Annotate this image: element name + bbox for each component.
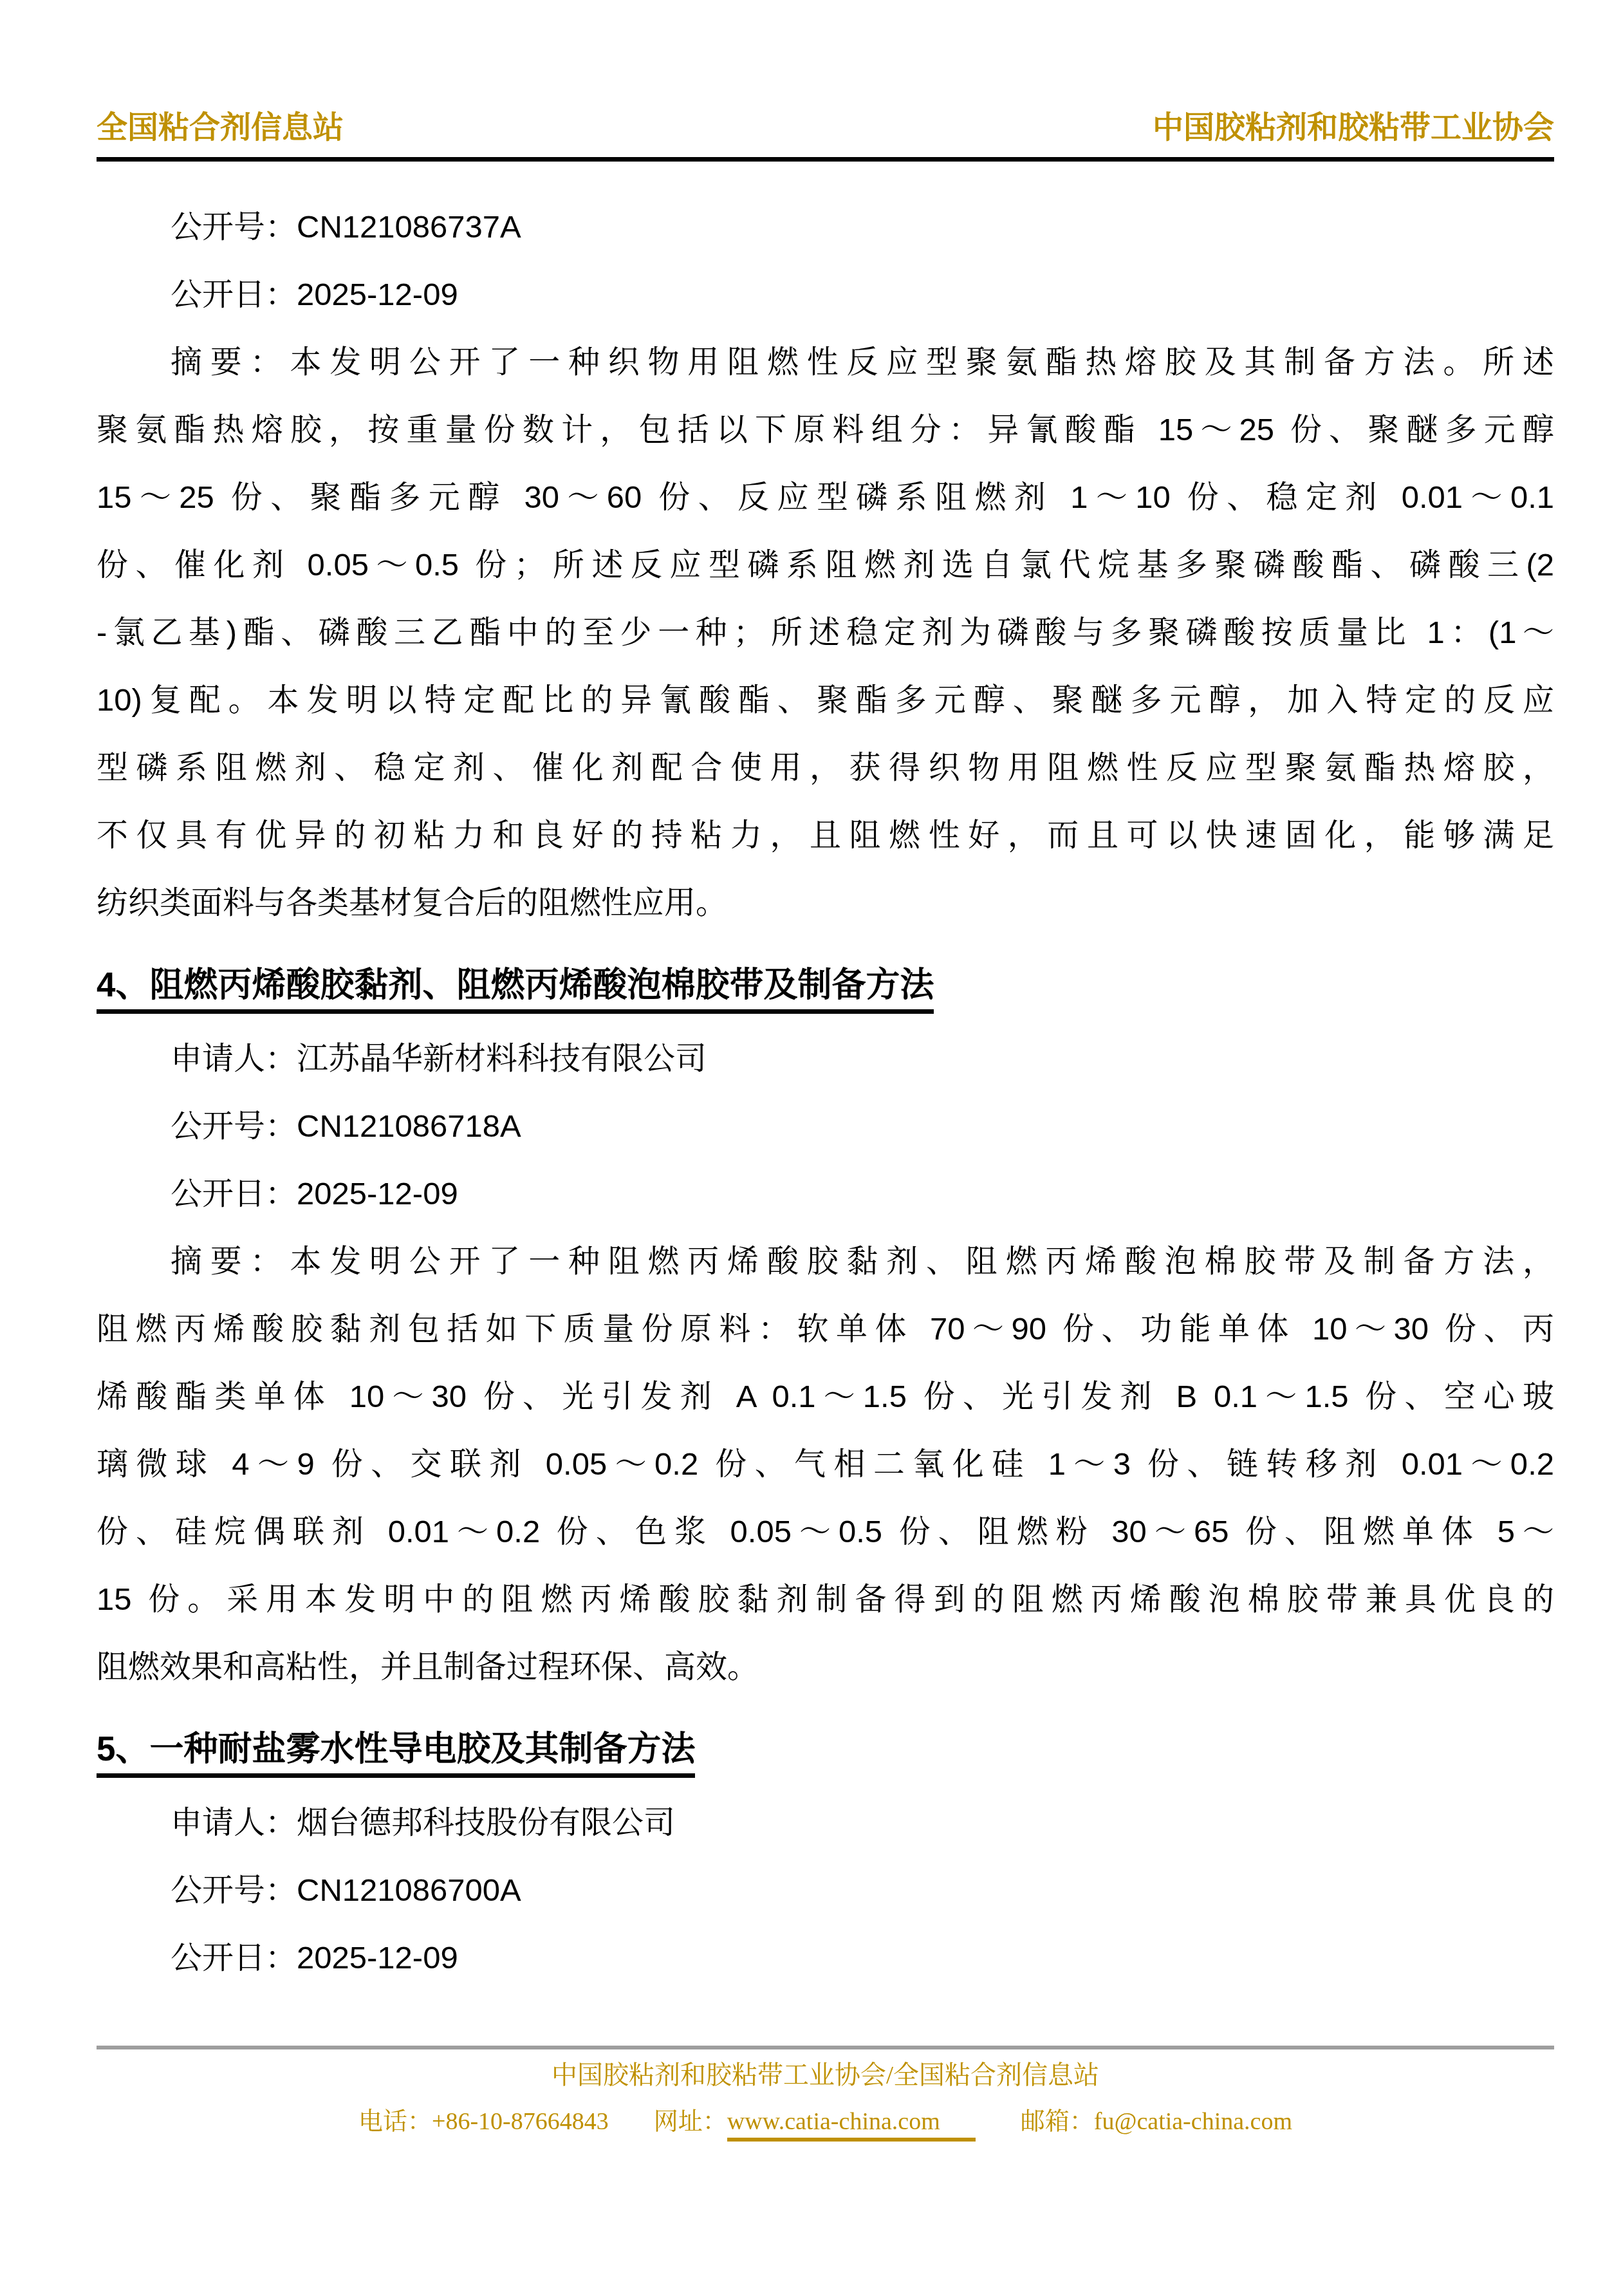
pub-number-line: 公开号：CN121086700A	[97, 1857, 1554, 1925]
header-rule	[97, 157, 1554, 162]
abstract-line: 份、硅烷偶联剂 0.01～0.2 份、色浆 0.05～0.5 份、阻燃粉 30～…	[97, 1498, 1554, 1566]
abstract-line: 15 份。采用本发明中的阻燃丙烯酸胶黏剂制备得到的阻燃丙烯酸泡棉胶带兼具优良的	[97, 1566, 1554, 1634]
web-label: 网址：	[654, 2108, 727, 2135]
page-header: 全国粘合剂信息站 中国胶粘剂和胶粘带工业协会	[97, 0, 1554, 147]
email-value: fu@catia-china.com	[1094, 2108, 1292, 2135]
document-page: 全国粘合剂信息站 中国胶粘剂和胶粘带工业协会 公开号：CN121086737A …	[0, 0, 1623, 2296]
abstract-line: 阻燃丙烯酸胶黏剂包括如下质量份原料：软单体 70～90 份、功能单体 10～30…	[97, 1296, 1554, 1363]
abstract-line: 份、催化剂 0.05～0.5 份；所述反应型磷系阻燃剂选自氯代烷基多聚磷酸酯、磷…	[97, 532, 1554, 599]
abstract-line: 15～25 份、聚酯多元醇 30～60 份、反应型磷系阻燃剂 1～10 份、稳定…	[97, 464, 1554, 532]
entry-4-title: 4、阻燃丙烯酸胶黏剂、阻燃丙烯酸泡棉胶带及制备方法	[97, 966, 934, 1014]
pub-date-line: 公开日：2025-12-09	[97, 261, 1554, 329]
footer-org-line: 中国胶粘剂和胶粘带工业协会/全国粘合剂信息站	[97, 2058, 1554, 2092]
abstract-line: 烯酸酯类单体 10～30 份、光引发剂 A 0.1～1.5 份、光引发剂 B 0…	[97, 1363, 1554, 1431]
entry-5-heading: 5、一种耐盐雾水性导电胶及其制备方法	[97, 1715, 1554, 1783]
footer-email: 邮箱：fu@catia-china.com	[1021, 2108, 1292, 2135]
entry-5-title: 5、一种耐盐雾水性导电胶及其制备方法	[97, 1730, 695, 1778]
document-body: 公开号：CN121086737A 公开日：2025-12-09 摘要：本发明公开…	[97, 194, 1554, 1992]
abstract-line: 阻燃效果和高粘性，并且制备过程环保、高效。	[97, 1634, 1554, 1701]
applicant-line: 申请人：江苏晶华新材料科技有限公司	[97, 1025, 1554, 1093]
entry-4-heading: 4、阻燃丙烯酸胶黏剂、阻燃丙烯酸泡棉胶带及制备方法	[97, 951, 1554, 1019]
website-link[interactable]: www.catia-china.com	[727, 2108, 976, 2142]
abstract-line: 型磷系阻燃剂、稳定剂、催化剂配合使用，获得织物用阻燃性反应型聚氨酯热熔胶，	[97, 734, 1554, 802]
abstract-line: 摘要：本发明公开了一种织物用阻燃性反应型聚氨酯热熔胶及其制备方法。所述	[97, 329, 1554, 397]
abstract-line: 璃微球 4～9 份、交联剂 0.05～0.2 份、气相二氧化硅 1～3 份、链转…	[97, 1431, 1554, 1498]
phone-label: 电话：	[358, 2108, 432, 2135]
email-label: 邮箱：	[1021, 2108, 1094, 2135]
pub-date-line: 公开日：2025-12-09	[97, 1925, 1554, 1992]
pub-date-line: 公开日：2025-12-09	[97, 1161, 1554, 1228]
header-left-title: 全国粘合剂信息站	[97, 109, 344, 147]
footer-website: 网址：www.catia-china.com	[654, 2108, 976, 2135]
header-right-title: 中国胶粘剂和胶粘带工业协会	[1153, 109, 1554, 147]
abstract-line: 10)复配。本发明以特定配比的异氰酸酯、聚酯多元醇、聚醚多元醇，加入特定的反应	[97, 667, 1554, 734]
abstract-line: -氯乙基)酯、磷酸三乙酯中的至少一种；所述稳定剂为磷酸与多聚磷酸按质量比 1：(…	[97, 599, 1554, 667]
abstract-paragraph: 摘要：本发明公开了一种织物用阻燃性反应型聚氨酯热熔胶及其制备方法。所述 聚氨酯热…	[97, 329, 1554, 937]
abstract-line: 聚氨酯热熔胶，按重量份数计，包括以下原料组分：异氰酸酯 15～25 份、聚醚多元…	[97, 397, 1554, 464]
footer-phone: 电话：+86-10-87664843	[358, 2108, 609, 2135]
footer-rule	[97, 2046, 1554, 2049]
pub-number-line: 公开号：CN121086737A	[97, 194, 1554, 261]
pub-number-line: 公开号：CN121086718A	[97, 1093, 1554, 1161]
footer-contact-line: 电话：+86-10-87664843网址：www.catia-china.com…	[97, 2105, 1554, 2139]
phone-value: +86-10-87664843	[432, 2108, 609, 2135]
abstract-paragraph: 摘要：本发明公开了一种阻燃丙烯酸胶黏剂、阻燃丙烯酸泡棉胶带及制备方法， 阻燃丙烯…	[97, 1228, 1554, 1701]
abstract-line: 纺织类面料与各类基材复合后的阻燃性应用。	[97, 870, 1554, 937]
abstract-line: 不仅具有优异的初粘力和良好的持粘力，且阻燃性好，而且可以快速固化，能够满足	[97, 802, 1554, 870]
applicant-line: 申请人：烟台德邦科技股份有限公司	[97, 1789, 1554, 1857]
abstract-line: 摘要：本发明公开了一种阻燃丙烯酸胶黏剂、阻燃丙烯酸泡棉胶带及制备方法，	[97, 1228, 1554, 1296]
page-footer: 中国胶粘剂和胶粘带工业协会/全国粘合剂信息站 电话：+86-10-8766484…	[97, 2046, 1554, 2139]
